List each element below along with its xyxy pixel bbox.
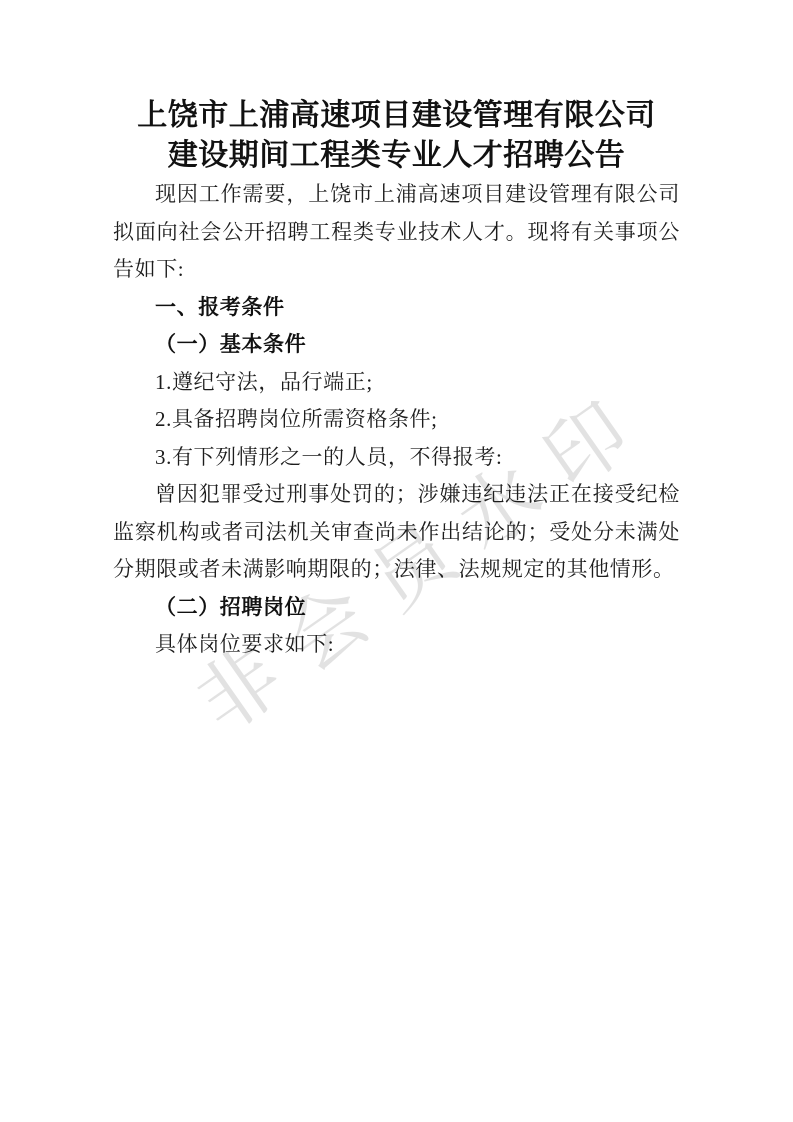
condition-item-2: 2.具备招聘岗位所需资格条件; — [113, 401, 680, 439]
document-title: 上饶市上浦高速项目建设管理有限公司 建设期间工程类专业人才招聘公告 — [113, 96, 680, 176]
condition-item-3: 3.有下列情形之一的人员，不得报考: — [113, 439, 680, 477]
document-content: 上饶市上浦高速项目建设管理有限公司 建设期间工程类专业人才招聘公告 现因工作需要… — [113, 96, 680, 664]
intro-paragraph: 现因工作需要，上饶市上浦高速项目建设管理有限公司拟面向社会公开招聘工程类专业技术… — [113, 176, 680, 289]
document-page: 非会员水印 上饶市上浦高速项目建设管理有限公司 建设期间工程类专业人才招聘公告 … — [0, 0, 793, 1122]
condition-item-1: 1.遵纪守法，品行端正; — [113, 364, 680, 402]
subsection-heading-recruitment-positions: （二）招聘岗位 — [113, 589, 680, 627]
document-title-line2: 建设期间工程类专业人才招聘公告 — [113, 136, 680, 176]
document-title-line1: 上饶市上浦高速项目建设管理有限公司 — [113, 96, 680, 136]
positions-intro-paragraph: 具体岗位要求如下: — [113, 626, 680, 664]
section-heading-application-conditions: 一、报考条件 — [113, 289, 680, 327]
subsection-heading-basic-conditions: （一）基本条件 — [113, 326, 680, 364]
document-body: 现因工作需要，上饶市上浦高速项目建设管理有限公司拟面向社会公开招聘工程类专业技术… — [113, 176, 680, 664]
disqualification-paragraph: 曾因犯罪受过刑事处罚的；涉嫌违纪违法正在接受纪检监察机构或者司法机关审查尚未作出… — [113, 476, 680, 589]
